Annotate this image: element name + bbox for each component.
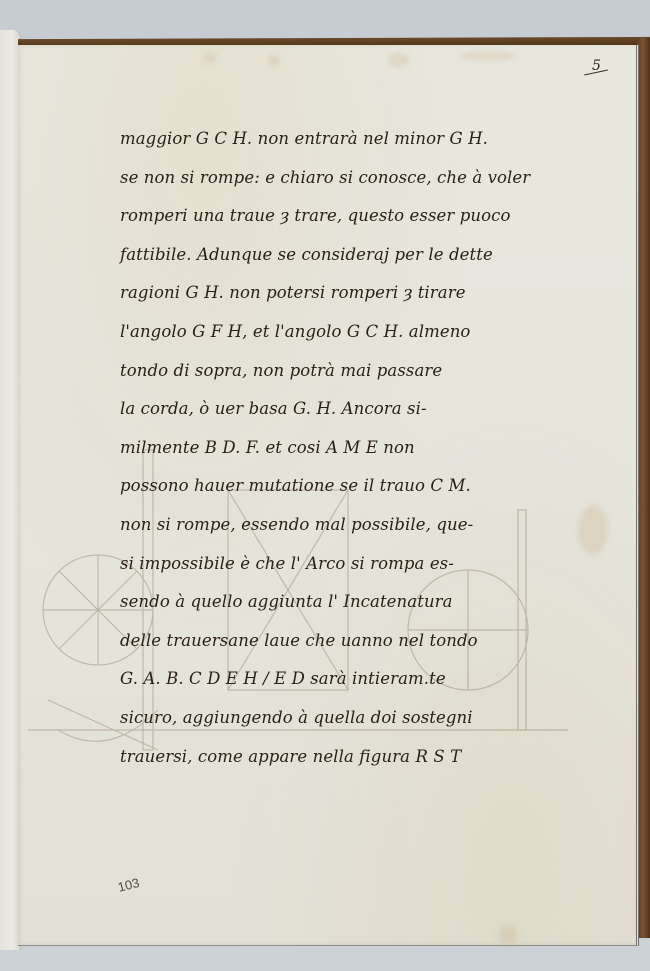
text-line: delle trauersane laue che uanno nel tond… <box>120 622 520 661</box>
text-line: si impossibile è che l' Arco si rompa es… <box>120 545 520 584</box>
text-line: non si rompe, essendo mal possibile, que… <box>120 506 520 545</box>
text-line: trauersi, come appare nella figura R S T <box>120 738 520 777</box>
water-stain <box>268 55 280 67</box>
text-line: la corda, ò uer basa G. H. Ancora si- <box>120 390 520 429</box>
text-line: tondo di sopra, non potrà mai passare <box>120 352 520 391</box>
text-line: G. A. B. C D E H / E D sarà intieram.te <box>120 660 520 699</box>
water-stain <box>498 925 518 945</box>
text-line: se non si rompe: e chiaro si conosce, ch… <box>120 159 520 198</box>
water-stain <box>578 505 608 555</box>
text-line: sicuro, aggiungendo à quella doi sostegn… <box>120 699 520 738</box>
text-line: l'angolo G F H, et l'angolo G C H. almen… <box>120 313 520 352</box>
text-line: ragioni G H. non potersi romperi ȝ tirar… <box>120 274 520 313</box>
water-stain <box>458 51 518 61</box>
water-stain <box>388 53 410 67</box>
text-line: maggior G C H. non entrarà nel minor G H… <box>120 120 520 159</box>
handwritten-text-block: maggior G C H. non entrarà nel minor G H… <box>120 120 520 776</box>
scanned-manuscript-scene: 5 maggior G C H. non entrarà nel minor G… <box>0 0 650 971</box>
text-line: fattibile. Adunque se consideraj per le … <box>120 236 520 275</box>
text-line: milmente B D. F. et cosi A M E non <box>120 429 520 468</box>
text-line: possono hauer mutatione se il trauo C M. <box>120 467 520 506</box>
text-line: sendo à quello aggiunta l' Incatenatura <box>120 583 520 622</box>
text-line: romperi una traue ȝ trare, questo esser … <box>120 197 520 236</box>
water-stain <box>203 53 217 63</box>
